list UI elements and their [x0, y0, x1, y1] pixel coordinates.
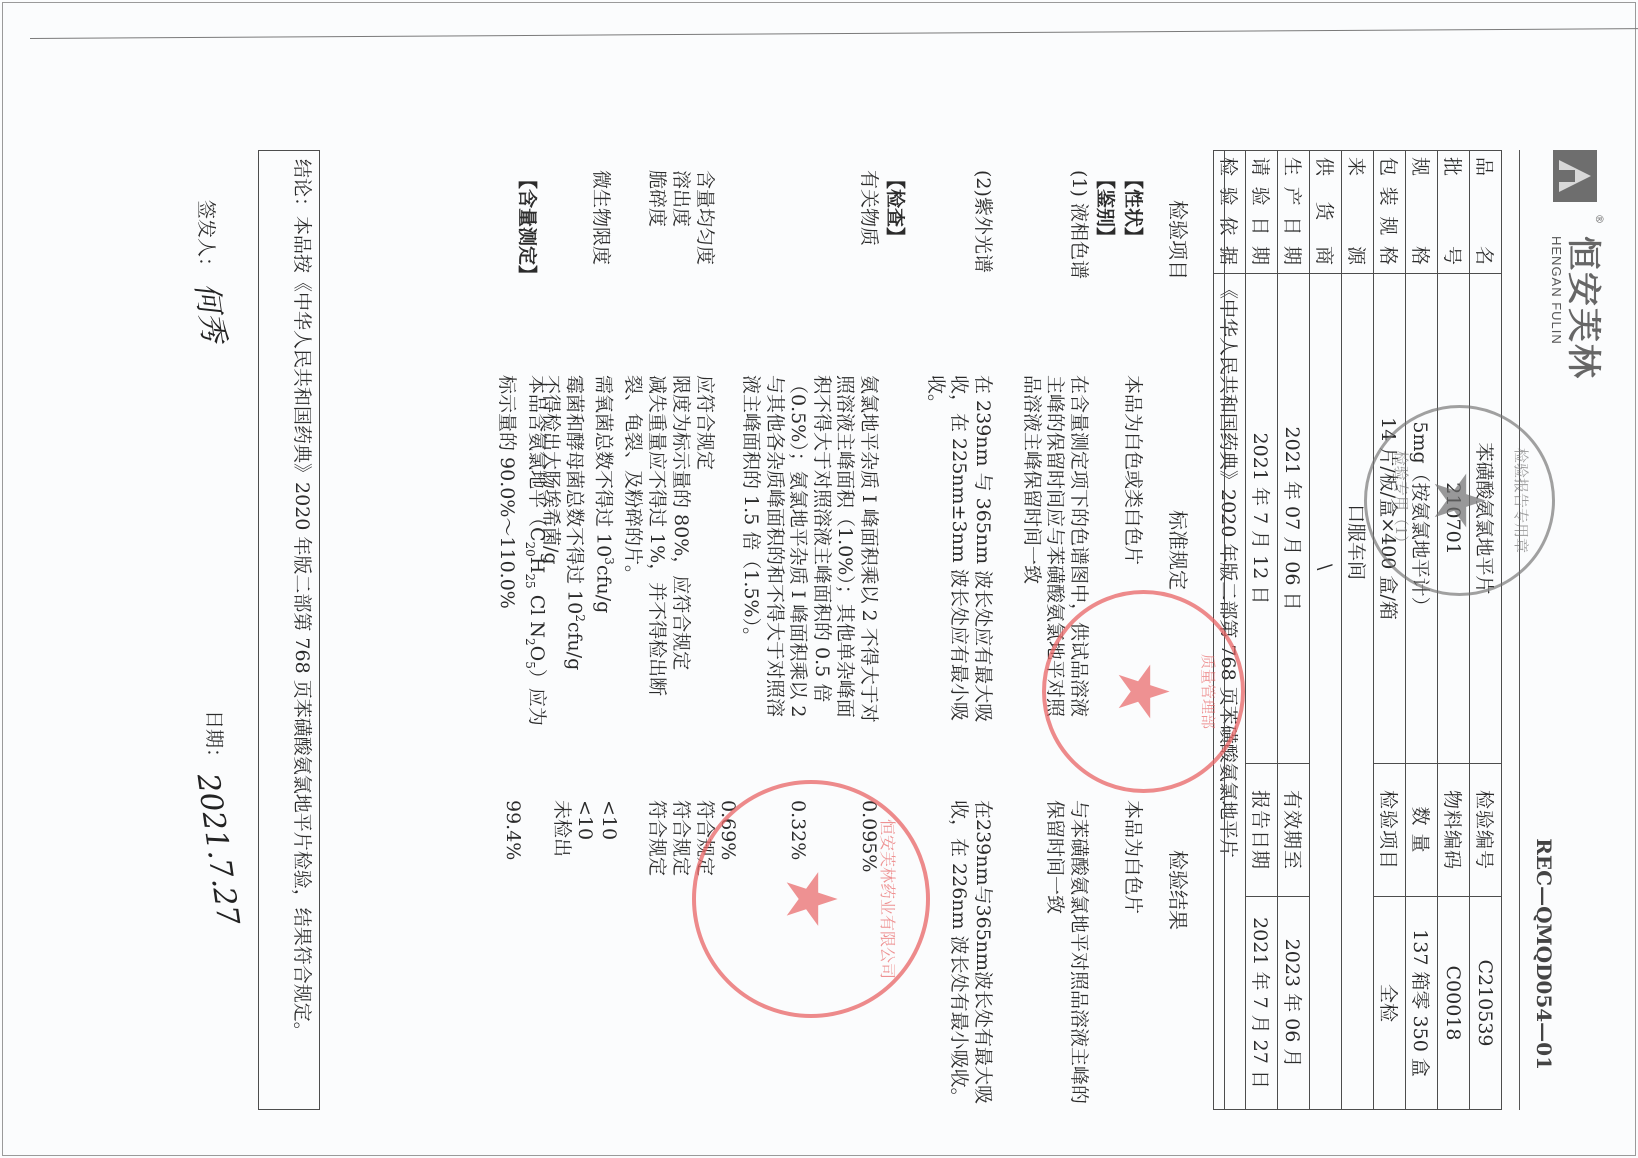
inspection-no-label: 检验编号	[1470, 764, 1502, 897]
registered-mark: ®	[1593, 214, 1604, 224]
tests-heading: 【检查】	[883, 170, 907, 330]
star-icon: ★	[1425, 469, 1495, 532]
info-row: 批 号 210701 物料编码 C00018	[1438, 151, 1470, 1110]
friability-item: 脆碎度	[645, 170, 669, 330]
microbial-standard: 需氧菌总数不得过 103cfu/g 霉菌和酵母菌总数不得过 102cfu/g 不…	[539, 375, 620, 730]
uv-standard: 在 239nm 与 365nm 波长处应有最大吸收，在 225nm±3nm 波长…	[924, 375, 995, 730]
red-seal-text-1: 质量管理部	[1198, 594, 1219, 789]
sign-date: 日期： 2021.7.27	[200, 710, 235, 926]
info-row: 包装规格 14 片/板/盒×400 盒/箱 检验项目 全检	[1374, 151, 1406, 1110]
batch-label: 批 号	[1438, 151, 1470, 274]
info-row: 来 源 口服车间	[1342, 151, 1374, 1110]
column-header-item: 检验项目	[1165, 200, 1194, 280]
gray-seal-sub: 检验专用（1）	[1391, 408, 1412, 593]
microbial-std-mold: 霉菌和酵母菌总数不得过 102cfu/g	[562, 375, 591, 730]
supplier-label: 供 货 商	[1310, 151, 1342, 274]
inspection-no: C210539	[1470, 897, 1502, 1110]
quantity: 137 箱零 350 盒	[1406, 897, 1438, 1110]
package-label: 包装规格	[1374, 151, 1406, 274]
column-header-result: 检验结果	[1165, 850, 1194, 930]
related-substances-item: 有关物质	[857, 170, 881, 330]
uv-item: (2)紫外光谱	[971, 170, 995, 330]
info-row: 品 名 苯磺酸氨氯地平片 检验编号 C210539	[1470, 151, 1502, 1110]
column-header-standard: 标准规定	[1165, 510, 1194, 590]
uniformity-standard: 应符合规定	[693, 375, 717, 730]
request-date: 2021 年 7 月 12 日	[1246, 274, 1278, 764]
microbial-res-ecoli: 未检出	[550, 800, 574, 1110]
logo-english-name: HENGAN FULIN	[1550, 236, 1563, 380]
qa-seal-red: ★ 质量管理部	[1042, 590, 1245, 793]
info-row: 供 货 商 \	[1310, 151, 1342, 1110]
microbial-res-aerobic: <10	[597, 800, 621, 1110]
related-substances-standard: 氨氯地平杂质 I 峰面积乘以 2 不得大于对照溶液主峰面积（1.0%）；其他单杂…	[739, 375, 880, 730]
friability-standard: 减失重量应不得过 1%，并不得检出断裂、龟裂、及粉碎的片。	[621, 375, 668, 730]
hplc-result: 与苯磺酸氨氯地平对照品溶液主峰的保留时间一致	[1043, 800, 1090, 1110]
mfg-date-label: 生产日期	[1278, 151, 1310, 274]
inspection-seal-gray: ★ 检验报告专用章 检验专用（1）	[1364, 405, 1555, 596]
conclusion: 结论：本品按《中华人民共和国药典》2020 年版二部第 768 页苯磺酸氨氯地平…	[258, 150, 320, 1110]
appearance-result: 本品为白色片	[1121, 800, 1145, 1110]
signer-signature: 何秀	[187, 279, 239, 345]
appearance-heading: 【性状】	[1121, 170, 1145, 330]
scan-edge-line	[30, 28, 1638, 39]
inspection-item: 全检	[1374, 897, 1406, 1110]
request-date-label: 请验日期	[1246, 151, 1278, 274]
dissolution-result: 符合规定	[669, 800, 693, 1110]
material-code-label: 物料编码	[1438, 764, 1470, 897]
gray-seal-text: 检验报告专用章	[1511, 408, 1532, 593]
assay-heading: 【含量测定】	[515, 170, 539, 330]
header-rule	[1519, 150, 1520, 1110]
report-date-label: 报告日期	[1246, 764, 1278, 897]
star-icon: ★	[1109, 660, 1179, 723]
product-name-label: 品 名	[1470, 151, 1502, 274]
spec-label: 规 格	[1406, 151, 1438, 274]
uniformity-item: 含量均匀度	[693, 170, 717, 330]
company-seal-red: ★ 恒安芙林药业有限公司	[692, 780, 930, 1018]
expiry: 2023 年 06 月	[1278, 897, 1310, 1110]
supplier: \	[1310, 274, 1342, 1110]
uv-result: 在239nm与365nm波长处有最大吸收，在 226nm 波长处有最小吸收。	[947, 800, 994, 1110]
info-row: 生产日期 2021 年 07 月 06 日 有效期至 2023 年 06 月	[1278, 151, 1310, 1110]
quantity-label: 数 量	[1406, 764, 1438, 897]
microbial-std-aerobic: 需氧菌总数不得过 103cfu/g	[591, 375, 620, 730]
date-handwritten: 2021.7.27	[190, 771, 246, 927]
star-icon: ★	[776, 868, 846, 931]
microbial-item: 微生物限度	[589, 170, 613, 330]
identification-heading: 【鉴别】	[1093, 170, 1117, 330]
mfg-date: 2021 年 07 月 06 日	[1278, 274, 1310, 764]
hplc-item: (1) 液相色谱	[1067, 170, 1091, 330]
dissolution-standard: 限度为标示量的 80%，应符合规定	[669, 375, 693, 730]
document-code: REC—QMQD054—01	[1532, 838, 1556, 1070]
report-date: 2021 年 7 月 27 日	[1246, 897, 1278, 1110]
logo-chinese-name: 恒安芙林	[1566, 236, 1600, 380]
source-label: 来 源	[1342, 151, 1374, 274]
info-row: 规 格 5mg（按氨氯地平计） 数 量 137 箱零 350 盒	[1406, 151, 1438, 1110]
inspection-report-page: ® 恒安芙林 HENGAN FULIN REC—QMQD054—01 品 名 苯…	[140, 110, 1620, 1158]
dissolution-item: 溶出度	[669, 170, 693, 330]
friability-result: 符合规定	[645, 800, 669, 1110]
material-code: C00018	[1438, 897, 1470, 1110]
inspection-item-label: 检验项目	[1374, 764, 1406, 897]
assay-result: 99.4%	[501, 800, 525, 1110]
logo-mark-icon	[1553, 150, 1597, 202]
product-info-table: 品 名 苯磺酸氨氯地平片 检验编号 C210539 批 号 210701 物料编…	[1213, 150, 1502, 1110]
date-label: 日期：	[203, 710, 225, 767]
signer: 签发人： 何秀	[191, 200, 235, 342]
microbial-res-mold: <10	[573, 800, 597, 1110]
company-logo: ® 恒安芙林 HENGAN FULIN	[1550, 150, 1600, 380]
assay-standard: 本品含氨氯地平（C20H25 Cl N2O5）应为标示量的 90.0%～110.…	[494, 375, 548, 730]
info-row: 请验日期 2021 年 7 月 12 日 报告日期 2021 年 7 月 27 …	[1246, 151, 1278, 1110]
expiry-label: 有效期至	[1278, 764, 1310, 897]
microbial-results: <10 <10 未检出	[550, 800, 621, 1110]
signer-label: 签发人：	[195, 200, 217, 276]
source: 口服车间	[1342, 274, 1374, 1110]
report-header: ® 恒安芙林 HENGAN FULIN REC—QMQD054—01	[1500, 110, 1620, 1158]
red-seal-text-2: 恒安芙林药业有限公司	[877, 784, 900, 1014]
